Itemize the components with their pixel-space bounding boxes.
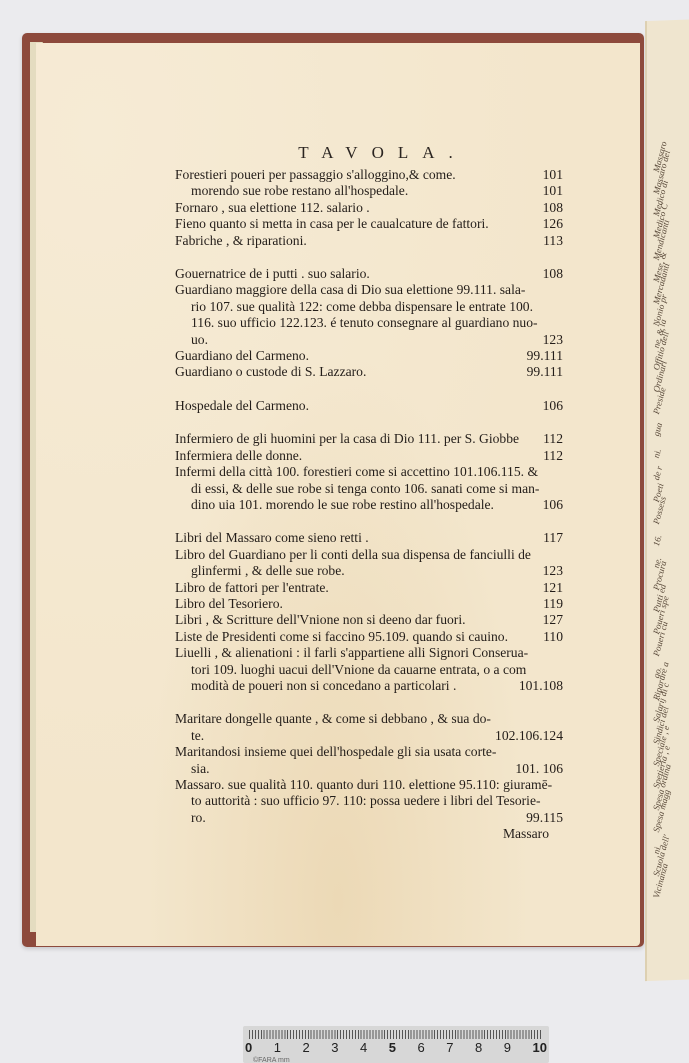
entry-text: Libro del Guardiano per li conti della s…	[175, 547, 557, 563]
facing-page-fragment: 16.	[651, 534, 664, 547]
entry-text: te.	[191, 728, 489, 744]
index-entry: Guardiano del Carmeno.99.111	[175, 348, 563, 364]
entry-line: Hospedale del Carmeno.106	[175, 398, 563, 414]
entry-line: 116. suo ufficio 122.123. é tenuto conse…	[175, 315, 563, 331]
ruler-label: 1	[274, 1040, 281, 1055]
entry-line: Libro del Tesoriero.119	[175, 596, 563, 612]
entry-line: glinfermi , & delle sue robe.123	[175, 563, 563, 579]
entry-text: modità de poueri non si concedano a part…	[191, 678, 513, 694]
entry-line: Maritare dongelle quante , & come si deb…	[175, 711, 563, 727]
entry-text: Maritandosi insieme quei dell'hospedale …	[175, 744, 557, 760]
entry-line: to auttorità : suo ufficio 97. 110: poss…	[175, 793, 563, 809]
entry-text: Gouernatrice de i putti . suo salario.	[175, 266, 537, 282]
section-gap	[175, 513, 563, 530]
ruler-label: 6	[418, 1040, 425, 1055]
ruler-label: 7	[446, 1040, 453, 1055]
entry-line: ro.99.115	[175, 810, 563, 826]
index-entry: Fabriche , & riparationi.113	[175, 233, 563, 249]
index-entry: Libro de fattori per l'entrate.121	[175, 580, 563, 596]
page-reference: 119	[537, 596, 563, 612]
index-entry: Libri del Massaro come sieno retti .117	[175, 530, 563, 546]
page-reference: 99.111	[521, 348, 563, 364]
page-reference: 126	[537, 216, 563, 232]
entry-line: Maritandosi insieme quei dell'hospedale …	[175, 744, 563, 760]
entry-text: rio 107. sue qualità 122: come debba dis…	[191, 299, 557, 315]
entry-line: Fieno quanto si metta in casa per le cau…	[175, 216, 563, 232]
index-entry: Fornaro , sua elettione 112. salario .10…	[175, 200, 563, 216]
entry-text: Guardiano del Carmeno.	[175, 348, 521, 364]
page-reference: 101	[537, 167, 563, 183]
entry-line: Infermiera delle donne.112	[175, 448, 563, 464]
catchword: Massaro	[175, 826, 563, 842]
page-reference: 112	[537, 448, 563, 464]
entry-text: Guardiano maggiore della casa di Dio sua…	[175, 282, 557, 298]
page-reference: 101	[537, 183, 563, 199]
page-reference	[557, 662, 563, 678]
entry-line: Massaro. sue qualità 110. quanto duri 11…	[175, 777, 563, 793]
index-entry: Liste de Presidenti come si faccino 95.1…	[175, 629, 563, 645]
index-entry: Massaro. sue qualità 110. quanto duri 11…	[175, 777, 563, 826]
facing-page-fragment: gua	[651, 422, 664, 437]
entry-text: 116. suo ufficio 122.123. é tenuto conse…	[191, 315, 557, 331]
ruler-label: 3	[331, 1040, 338, 1055]
entry-text: Libro del Tesoriero.	[175, 596, 537, 612]
entry-line: uo.123	[175, 332, 563, 348]
index-entry: Libro del Guardiano per li conti della s…	[175, 547, 563, 580]
entry-text: tori 109. luoghi uacui dell'Vnione da ca…	[191, 662, 557, 678]
page-reference: 106	[537, 398, 563, 414]
entry-text: Forestieri poueri per passaggio s'allogg…	[175, 167, 537, 183]
entry-line: Libro del Guardiano per li conti della s…	[175, 547, 563, 563]
entry-line: Guardiano maggiore della casa di Dio sua…	[175, 282, 563, 298]
entry-line: modità de poueri non si concedano a part…	[175, 678, 563, 694]
ruler-label: 4	[360, 1040, 367, 1055]
entry-line: di essi, & delle sue robe si tenga conto…	[175, 481, 563, 497]
index-entry: Hospedale del Carmeno.106	[175, 398, 563, 414]
index-entry: Maritandosi insieme quei dell'hospedale …	[175, 744, 563, 777]
index-entry: Liuelli , & alienationi : il farli s'app…	[175, 645, 563, 694]
index-entry: Infermi della città 100. forestieri come…	[175, 464, 563, 513]
entry-line: rio 107. sue qualità 122: come debba dis…	[175, 299, 563, 315]
index-entry: Infermiero de gli huomini per la casa di…	[175, 431, 563, 447]
page-reference: 123	[537, 332, 563, 348]
index-entry: Libri , & Scritture dell'Vnione non si d…	[175, 612, 563, 628]
index-entry: Guardiano o custode di S. Lazzaro.99.111	[175, 364, 563, 380]
index-entry: Libro del Tesoriero.119	[175, 596, 563, 612]
entry-text: Massaro. sue qualità 110. quanto duri 11…	[175, 777, 557, 793]
index-entry: Infermiera delle donne.112	[175, 448, 563, 464]
page-reference	[557, 547, 563, 563]
ruler-label: 8	[475, 1040, 482, 1055]
page-reference: 127	[537, 612, 563, 628]
entry-line: Guardiano o custode di S. Lazzaro.99.111	[175, 364, 563, 380]
page-reference: 108	[537, 200, 563, 216]
entry-line: Gouernatrice de i putti . suo salario.10…	[175, 266, 563, 282]
entry-text: to auttorità : suo ufficio 97. 110: poss…	[191, 793, 557, 809]
ruler-label: 9	[504, 1040, 511, 1055]
entry-text: Infermi della città 100. forestieri come…	[175, 464, 557, 480]
entry-text: ro.	[191, 810, 520, 826]
index-entry: Guardiano maggiore della casa di Dio sua…	[175, 282, 563, 348]
entry-text: Libri , & Scritture dell'Vnione non si d…	[175, 612, 537, 628]
ruler-label: 0	[245, 1040, 252, 1055]
entry-text: uo.	[191, 332, 537, 348]
entry-line: morendo sue robe restano all'hospedale.1…	[175, 183, 563, 199]
page-reference: 123	[537, 563, 563, 579]
entry-text: sia.	[191, 761, 509, 777]
page-reference	[557, 645, 563, 661]
entry-line: Infermi della città 100. forestieri come…	[175, 464, 563, 480]
page-reference: 99.111	[521, 364, 563, 380]
facing-page-fragment: de r	[651, 465, 664, 481]
entry-line: Fornaro , sua elettione 112. salario .10…	[175, 200, 563, 216]
entry-line: Fabriche , & riparationi.113	[175, 233, 563, 249]
entry-text: Fieno quanto si metta in casa per le cau…	[175, 216, 537, 232]
entry-line: dino uia 101. morendo le sue robe restin…	[175, 497, 563, 513]
section-gap	[175, 381, 563, 398]
entry-text: dino uia 101. morendo le sue robe restin…	[191, 497, 537, 513]
page-reference: 101.108	[513, 678, 563, 694]
entry-line: Forestieri poueri per passaggio s'allogg…	[175, 167, 563, 183]
ruler-brand: ©FARA mm	[253, 1057, 290, 1063]
entry-text: glinfermi , & delle sue robe.	[191, 563, 537, 579]
entry-text: Liuelli , & alienationi : il farli s'app…	[175, 645, 557, 661]
page-reference: 117	[537, 530, 563, 546]
page-reference	[557, 777, 563, 793]
entry-line: tori 109. luoghi uacui dell'Vnione da ca…	[175, 662, 563, 678]
entry-text: Infermiero de gli huomini per la casa di…	[175, 431, 537, 447]
entry-line: Libri , & Scritture dell'Vnione non si d…	[175, 612, 563, 628]
page-reference	[557, 711, 563, 727]
page-reference: 108	[537, 266, 563, 282]
entry-line: Infermiero de gli huomini per la casa di…	[175, 431, 563, 447]
entry-text: Guardiano o custode di S. Lazzaro.	[175, 364, 521, 380]
ruler-label: 5	[389, 1040, 396, 1055]
page-reference	[557, 793, 563, 809]
page-reference: 102.106.124	[489, 728, 563, 744]
entry-line: Liste de Presidenti come si faccino 95.1…	[175, 629, 563, 645]
entry-line: Libri del Massaro come sieno retti .117	[175, 530, 563, 546]
index-table: Forestieri poueri per passaggio s'allogg…	[175, 167, 563, 843]
ruler-label: 10	[533, 1040, 547, 1055]
entry-text: di essi, & delle sue robe si tenga conto…	[191, 481, 557, 497]
entry-line: Guardiano del Carmeno.99.111	[175, 348, 563, 364]
page-reference	[557, 464, 563, 480]
ruler-label: 2	[303, 1040, 310, 1055]
entry-text: Hospedale del Carmeno.	[175, 398, 537, 414]
entry-line: sia.101. 106	[175, 761, 563, 777]
page-reference: 106	[537, 497, 563, 513]
page-reference	[557, 299, 563, 315]
ruler-ticks	[249, 1030, 543, 1039]
entry-line: Liuelli , & alienationi : il farli s'app…	[175, 645, 563, 661]
page-reference	[557, 282, 563, 298]
page-title: TAVOLA.	[0, 143, 689, 163]
section-gap	[175, 694, 563, 711]
section-gap	[175, 414, 563, 431]
entry-text: morendo sue robe restano all'hospedale.	[191, 183, 537, 199]
entry-text: Maritare dongelle quante , & come si deb…	[175, 711, 557, 727]
index-entry: Gouernatrice de i putti . suo salario.10…	[175, 266, 563, 282]
index-entry: Forestieri poueri per passaggio s'allogg…	[175, 167, 563, 200]
entry-text: Fabriche , & riparationi.	[175, 233, 537, 249]
page-reference: 101. 106	[509, 761, 563, 777]
page-reference: 112	[537, 431, 563, 447]
entry-text: Liste de Presidenti come si faccino 95.1…	[175, 629, 537, 645]
page-reference: 121	[537, 580, 563, 596]
scale-ruler: 012345678910 ©FARA mm	[243, 1026, 549, 1063]
entry-text: Infermiera delle donne.	[175, 448, 537, 464]
ruler-labels: 012345678910	[245, 1040, 547, 1055]
section-gap	[175, 249, 563, 266]
page-reference	[557, 744, 563, 760]
entry-line: te.102.106.124	[175, 728, 563, 744]
index-entry: Maritare dongelle quante , & come si deb…	[175, 711, 563, 744]
entry-text: Libri del Massaro come sieno retti .	[175, 530, 537, 546]
index-entry: Fieno quanto si metta in casa per le cau…	[175, 216, 563, 232]
facing-page-fragment: ni.	[651, 448, 663, 459]
page-reference: 99.115	[520, 810, 563, 826]
facing-page: MassaroMassaro delMedico diMedico CMendi…	[645, 19, 689, 981]
entry-line: Libro de fattori per l'entrate.121	[175, 580, 563, 596]
page-reference: 113	[537, 233, 563, 249]
page-reference	[557, 481, 563, 497]
entry-text: Fornaro , sua elettione 112. salario .	[175, 200, 537, 216]
page-reference: 110	[537, 629, 563, 645]
entry-text: Libro de fattori per l'entrate.	[175, 580, 537, 596]
page-reference	[557, 315, 563, 331]
